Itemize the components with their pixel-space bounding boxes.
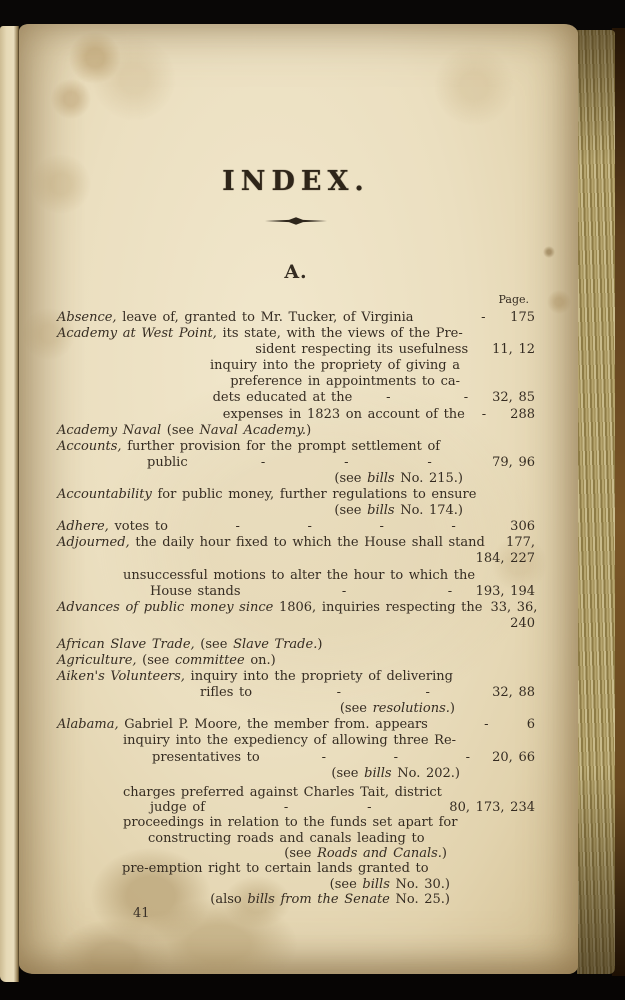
entry-page-number: 32, 85 xyxy=(492,390,535,406)
entry-page-number: 20, 66 xyxy=(492,750,535,766)
entry-text: (see Roads and Canals.) xyxy=(284,846,447,861)
entry-leader-dashes: - - - - xyxy=(252,685,490,701)
entry-text: pre-emption right to certain lands grant… xyxy=(122,861,429,876)
entry-leader-dashes: - - - xyxy=(241,584,474,600)
index-line: (see bills No. 30.) xyxy=(57,877,535,892)
page-fore-edge xyxy=(577,30,615,974)
entry-text: public xyxy=(147,455,188,471)
index-line: (see bills No. 215.) xyxy=(57,471,535,487)
index-line: Aiken's Volunteers, inquiry into the pro… xyxy=(57,669,535,685)
entry-page-number: 306 xyxy=(510,519,535,535)
index-line: pre-emption right to certain lands grant… xyxy=(57,861,535,876)
index-line: 240 xyxy=(57,616,535,632)
entry-text: charges preferred against Charles Tait, … xyxy=(123,785,442,800)
entry-page-number: 240 xyxy=(510,616,535,632)
index-line: Agriculture, (see committee on.) xyxy=(57,653,535,669)
left-page-edge xyxy=(0,26,19,982)
index-line: (also bills from the Senate No. 25.) xyxy=(57,892,535,907)
index-line: dets educated at the - -32, 85 xyxy=(57,390,535,406)
entry-text: Absence, leave of, granted to Mr. Tucker… xyxy=(57,310,414,326)
page-title: INDEX. xyxy=(57,166,535,197)
index-line: constructing roads and canals leading to xyxy=(57,831,535,846)
index-line: Accounts, further provision for the prom… xyxy=(57,439,535,455)
entry-text: Academy at West Point, its state, with t… xyxy=(57,326,463,342)
entry-text: unsuccessful motions to alter the hour t… xyxy=(123,568,475,584)
entry-text: (also bills from the Senate No. 25.) xyxy=(210,892,450,907)
entry-text: House stands xyxy=(150,584,241,600)
entry-text: expenses in 1823 on account of the - xyxy=(223,407,508,423)
index-line: Academy at West Point, its state, with t… xyxy=(57,326,535,342)
index-line: preference in appointments to ca- xyxy=(57,374,535,390)
entry-text: (see bills No. 215.) xyxy=(334,471,463,487)
index-line: 184, 227 xyxy=(57,551,535,567)
section-letter: A. xyxy=(57,261,535,283)
entry-text: proceedings in relation to the funds set… xyxy=(123,815,457,830)
entry-page-number: 32, 88 xyxy=(492,685,535,701)
entry-page-number: 193, 194 xyxy=(476,584,535,600)
index-line: proceedings in relation to the funds set… xyxy=(57,815,535,830)
index-line: House stands - - -193, 194 xyxy=(57,584,535,600)
index-line: African Slave Trade, (see Slave Trade.) xyxy=(57,637,535,653)
index-line: judge of - - - -80, 173, 234 xyxy=(57,800,535,815)
entry-leader-dashes: - - - - xyxy=(260,750,490,766)
index-line: Academy Naval (see Naval Academy.) xyxy=(57,423,535,439)
entry-text: (see bills No. 202.) xyxy=(331,766,460,782)
entry-text: Aiken's Volunteers, inquiry into the pro… xyxy=(57,669,453,685)
entry-page-number: 79, 96 xyxy=(492,455,535,471)
entry-page-number: 11, 12 xyxy=(492,342,535,358)
entry-text: Accounts, further provision for the prom… xyxy=(57,439,440,455)
entry-text: (see resolutions.) xyxy=(340,701,455,717)
entry-text: Academy Naval (see Naval Academy.) xyxy=(57,423,311,439)
index-line: (see Roads and Canals.) xyxy=(57,846,535,861)
page-content: INDEX. A. Page. Absence, leave of, grant… xyxy=(57,24,535,907)
entry-text: preference in appointments to ca- xyxy=(230,374,460,390)
entry-page-number: 33, 36, xyxy=(490,600,537,616)
index-line: inquiry into the propriety of giving a xyxy=(57,358,535,374)
index-line: Alabama, Gabriel P. Moore, the member fr… xyxy=(57,717,535,733)
index-line: unsuccessful motions to alter the hour t… xyxy=(57,568,535,584)
entry-text: dets educated at the - - xyxy=(213,390,491,406)
entry-text: inquiry into the expediency of allowing … xyxy=(123,733,456,749)
index-line: (see bills No. 202.) xyxy=(57,766,535,782)
entry-text: Agriculture, (see committee on.) xyxy=(57,653,276,669)
index-line: Adjourned, the daily hour fixed to which… xyxy=(57,535,535,551)
entry-text: inquiry into the propriety of giving a xyxy=(210,358,460,374)
entry-leader-dashes: - xyxy=(414,310,509,326)
entry-text: African Slave Trade, (see Slave Trade.) xyxy=(57,637,322,653)
index-line: Adhere, votes to - - - - - -306 xyxy=(57,519,535,535)
index-line: rifles to - - - -32, 88 xyxy=(57,685,535,701)
entry-text: Alabama, Gabriel P. Moore, the member fr… xyxy=(57,717,428,733)
entry-text: sident respecting its usefulness xyxy=(255,342,490,358)
divider-ornament-icon xyxy=(57,211,535,221)
entry-text: rifles to xyxy=(200,685,252,701)
index-line: public - - - - -79, 96 xyxy=(57,455,535,471)
entry-page-number: 177, xyxy=(506,535,535,551)
index-line: Advances of public money since 1806, inq… xyxy=(57,600,535,616)
entry-page-number: 184, 227 xyxy=(476,551,535,567)
entry-text: Advances of public money since 1806, inq… xyxy=(57,600,482,616)
signature-number: 41 xyxy=(133,906,150,921)
page-column-header: Page. xyxy=(57,293,535,306)
book-page: INDEX. A. Page. Absence, leave of, grant… xyxy=(19,24,578,974)
index-line: (see resolutions.) xyxy=(57,701,535,717)
entry-text: Adjourned, the daily hour fixed to which… xyxy=(57,535,485,551)
entry-page-number: 6 xyxy=(527,717,535,733)
entry-page-number: 80, 173, 234 xyxy=(449,800,535,815)
index-line: sident respecting its usefulness11, 12 xyxy=(57,342,535,358)
entry-text: constructing roads and canals leading to xyxy=(148,831,425,846)
index-line: Absence, leave of, granted to Mr. Tucker… xyxy=(57,310,535,326)
entry-text: (see bills No. 174.) xyxy=(334,503,463,519)
entry-page-number: 175 xyxy=(510,310,535,326)
entry-text: Accountability for public money, further… xyxy=(57,487,476,503)
entry-text: presentatives to xyxy=(152,750,260,766)
entry-text: judge of xyxy=(150,800,205,815)
index-line: expenses in 1823 on account of the -288 xyxy=(57,407,535,423)
index-entries: Absence, leave of, granted to Mr. Tucker… xyxy=(57,310,535,907)
entry-leader-dashes: - xyxy=(428,717,525,733)
book-photo: INDEX. A. Page. Absence, leave of, grant… xyxy=(0,0,625,1000)
entry-leader-dashes: - - - - - xyxy=(188,455,491,471)
entry-text: Adhere, votes to xyxy=(57,519,168,535)
index-line: presentatives to - - - -20, 66 xyxy=(57,750,535,766)
entry-page-number: 288 xyxy=(510,407,535,423)
index-line: inquiry into the expediency of allowing … xyxy=(57,733,535,749)
entry-leader-dashes: - - - - xyxy=(205,800,447,815)
index-line: (see bills No. 174.) xyxy=(57,503,535,519)
index-line: charges preferred against Charles Tait, … xyxy=(57,785,535,800)
entry-leader-dashes: - - - - - - xyxy=(168,519,508,535)
entry-text: (see bills No. 30.) xyxy=(330,877,450,892)
index-line: Accountability for public money, further… xyxy=(57,487,535,503)
